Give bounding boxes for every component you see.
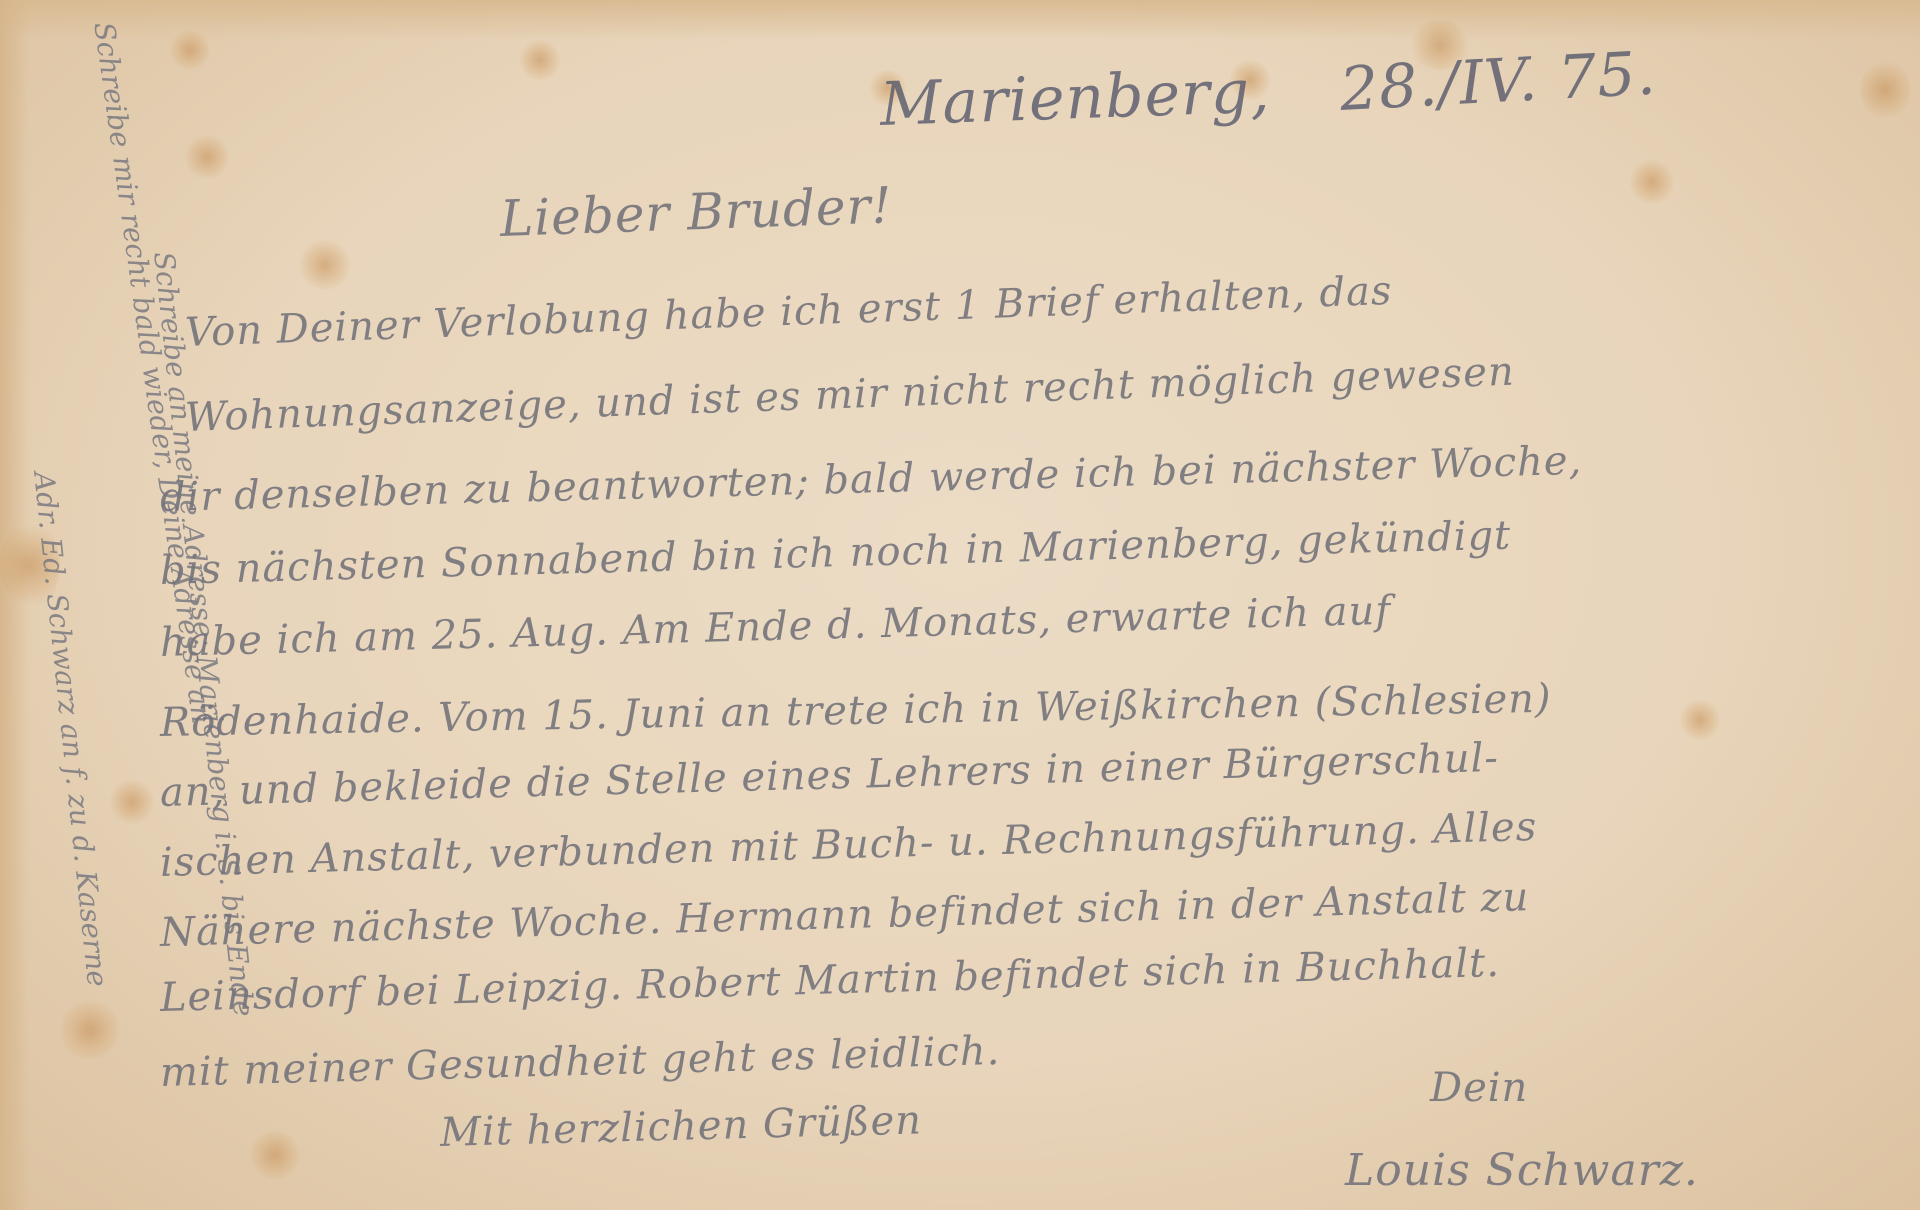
body-line: an, und bekleide die Stelle eines Lehrer… [159, 735, 1499, 816]
body-line: dir denselben zu beantworten; bald werde… [159, 438, 1582, 521]
body-line: ischen Anstalt, verbunden mit Buch- u. R… [159, 804, 1537, 886]
closing: Dein [1430, 1065, 1528, 1111]
salutation: Lieber Bruder! [499, 176, 893, 248]
body-line: mit meiner Gesundheit geht es leidlich. [159, 1028, 1000, 1096]
body-line: Wohnungsanzeige, und ist es mir nicht re… [184, 349, 1515, 441]
margin-note: Adr. Ed. Schwarz an f. zu d. Kaserne [27, 470, 114, 988]
foxing-spot [1680, 700, 1720, 740]
foxing-spot [520, 40, 560, 80]
foxing-spot [1860, 60, 1910, 120]
paper-edge-top [0, 0, 1920, 40]
body-line: Leinsdorf bei Leipzig. Robert Martin bef… [159, 940, 1500, 1021]
header-place: Marienberg, [879, 56, 1272, 140]
foxing-spot [185, 135, 229, 179]
body-line: Mit herzlichen Grüßen [439, 1097, 922, 1156]
foxing-spot [110, 780, 154, 824]
header-date: 28./IV. 75. [1338, 38, 1658, 124]
body-line: Von Deiner Verlobung habe ich erst 1 Bri… [184, 268, 1393, 356]
body-line: habe ich am 25. Aug. Am Ende d. Monats, … [159, 588, 1391, 666]
signature: Louis Schwarz. [1345, 1145, 1699, 1196]
foxing-spot [1630, 160, 1674, 204]
body-line: bis nächsten Sonnabend bin ich noch in M… [159, 513, 1511, 594]
postcard: Marienberg, 28./IV. 75. Lieber Bruder! V… [0, 0, 1920, 1210]
body-line: Rödenhaide. Vom 15. Juni an trete ich in… [160, 676, 1552, 746]
foxing-spot [170, 30, 210, 70]
foxing-spot [250, 1130, 300, 1180]
foxing-spot [60, 1000, 120, 1060]
foxing-spot [300, 240, 350, 290]
